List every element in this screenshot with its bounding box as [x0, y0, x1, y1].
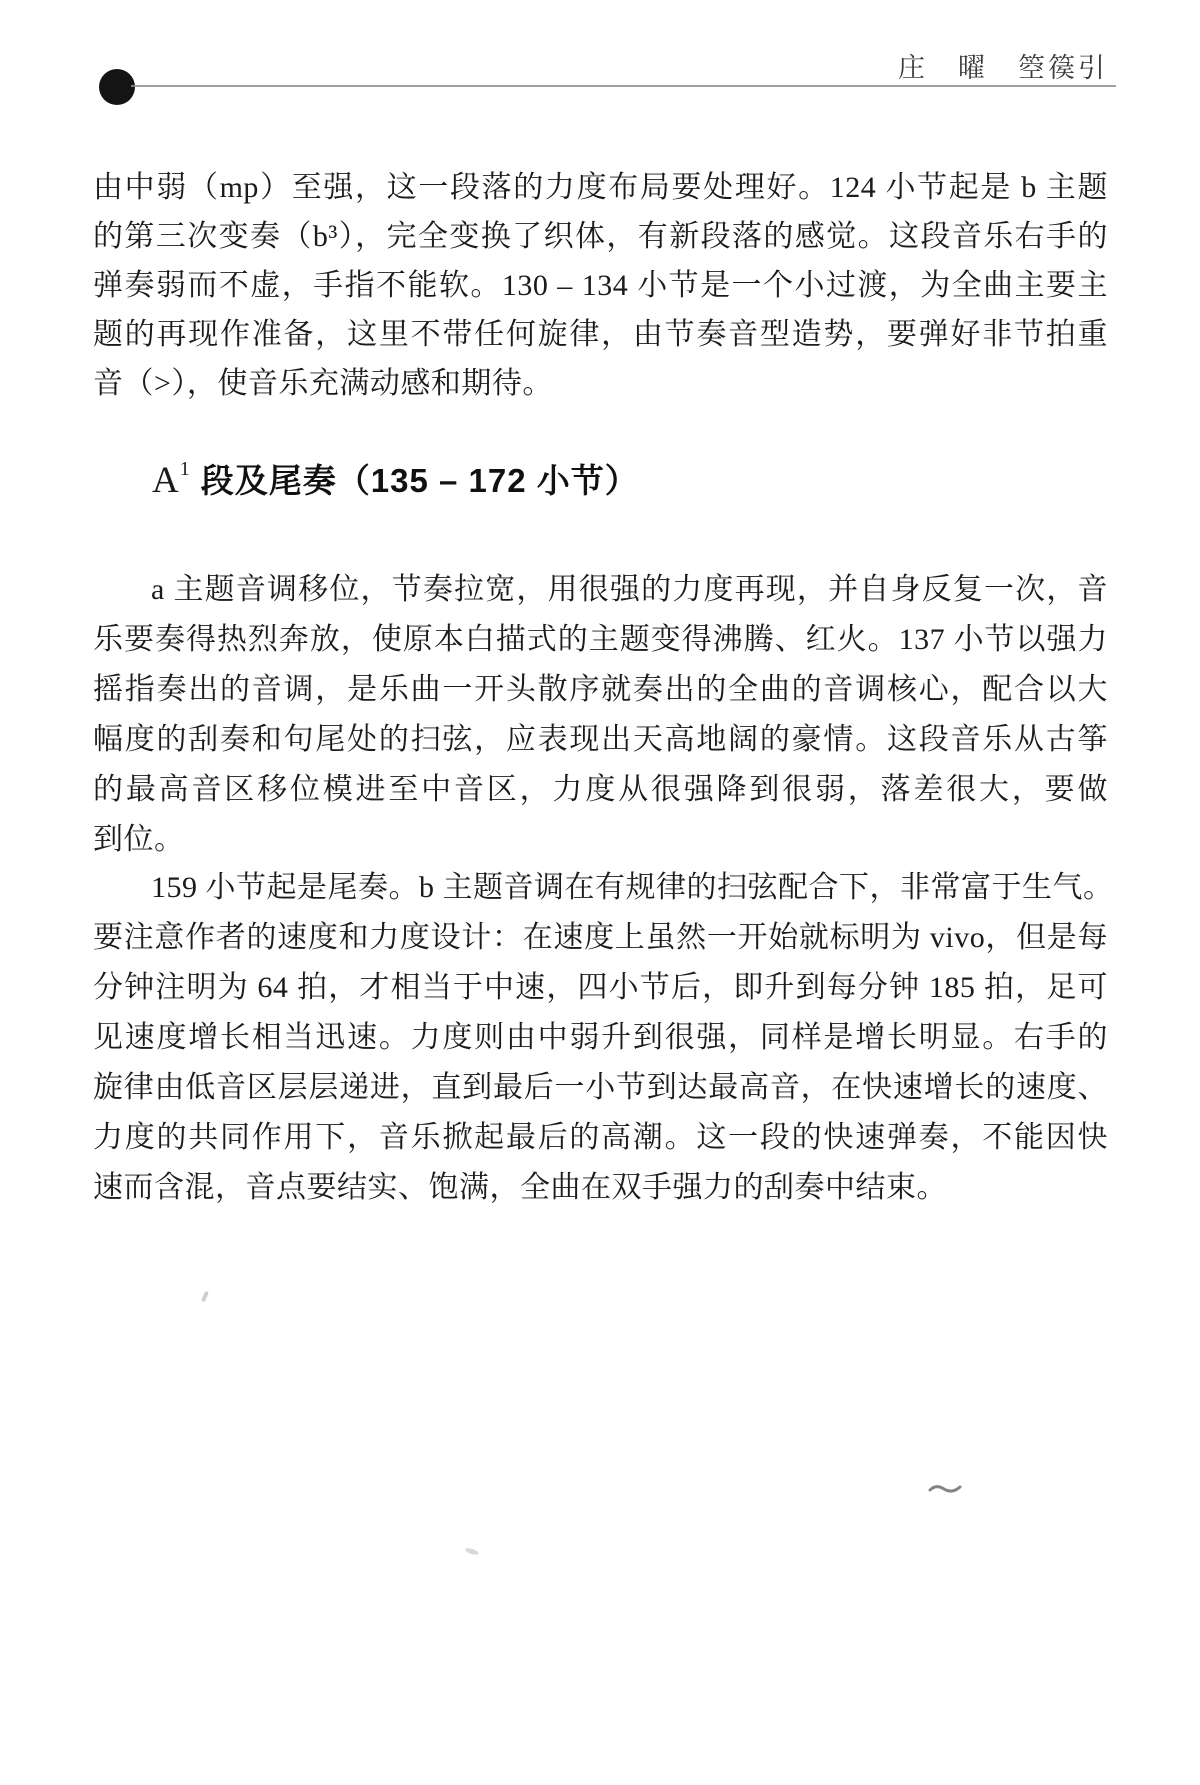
paragraph: 159 小节起是尾奏。b 主题音调在有规律的扫弦配合下，非常富于生气。要注意作者… [93, 863, 1108, 1213]
scan-artifact [201, 1291, 209, 1303]
running-header-title: 庄 曜 箜篌引 [898, 46, 1108, 85]
header-bullet-dot [99, 69, 135, 105]
scan-artifact [465, 1547, 480, 1556]
scan-artifact [928, 1481, 962, 1499]
text-line: a 主题音调移位，节奏拉宽，用很强的力度再现，并自身反复一次，音 [93, 565, 1108, 615]
text-line: 见速度增长相当迅速。力度则由中弱升到很强，同样是增长明显。右手的 [93, 1013, 1108, 1063]
header-rule-line [131, 85, 1116, 87]
text-line: 乐要奏得热烈奔放，使原本白描式的主题变得沸腾、红火。137 小节以强力 [93, 615, 1108, 665]
text-line: 159 小节起是尾奏。b 主题音调在有规律的扫弦配合下，非常富于生气。 [93, 863, 1108, 913]
text-line: 速而含混，音点要结实、饱满，全曲在双手强力的刮奏中结束。 [93, 1163, 1108, 1213]
text-line: 题的再现作准备，这里不带任何旋律，由节奏音型造势，要弹好非节拍重 [93, 310, 1108, 359]
text-line: 的第三次变奏（b³），完全变换了织体，有新段落的感觉。这段音乐右手的 [93, 212, 1108, 261]
book-page: 庄 曜 箜篌引 由中弱（mp）至强，这一段落的力度布局要处理好。124 小节起是… [0, 0, 1200, 1785]
section-heading-letter: A [152, 460, 179, 501]
text-line: 由中弱（mp）至强，这一段落的力度布局要处理好。124 小节起是 b 主题 [93, 163, 1108, 212]
text-line: 音（>），使音乐充满动感和期待。 [93, 359, 1108, 408]
text-line: 摇指奏出的音调，是乐曲一开头散序就奏出的全曲的音调核心，配合以大 [93, 665, 1108, 715]
text-line: 旋律由低音区层层递进，直到最后一小节到达最高音，在快速增长的速度、 [93, 1063, 1108, 1113]
text-line: 要注意作者的速度和力度设计：在速度上虽然一开始就标明为 vivo，但是每 [93, 913, 1108, 963]
text-line: 弹奏弱而不虚，手指不能软。130 – 134 小节是一个小过渡，为全曲主要主 [93, 261, 1108, 310]
section-heading-text: 段及尾奏（135 – 172 小节） [201, 462, 639, 499]
paragraph: a 主题音调移位，节奏拉宽，用很强的力度再现，并自身反复一次，音乐要奏得热烈奔放… [93, 565, 1108, 865]
text-line: 幅度的刮奏和句尾处的扫弦，应表现出天高地阔的豪情。这段音乐从古筝 [93, 715, 1108, 765]
section-heading-superscript: 1 [180, 458, 190, 480]
text-line: 分钟注明为 64 拍，才相当于中速，四小节后，即升到每分钟 185 拍，足可 [93, 963, 1108, 1013]
text-line: 力度的共同作用下，音乐掀起最后的高潮。这一段的快速弹奏，不能因快 [93, 1113, 1108, 1163]
text-line: 的最高音区移位模进至中音区，力度从很强降到很弱，落差很大，要做 [93, 765, 1108, 815]
text-line: 到位。 [93, 815, 1108, 865]
section-heading: A1段及尾奏（135 – 172 小节） [152, 455, 639, 502]
paragraph: 由中弱（mp）至强，这一段落的力度布局要处理好。124 小节起是 b 主题的第三… [93, 163, 1108, 408]
